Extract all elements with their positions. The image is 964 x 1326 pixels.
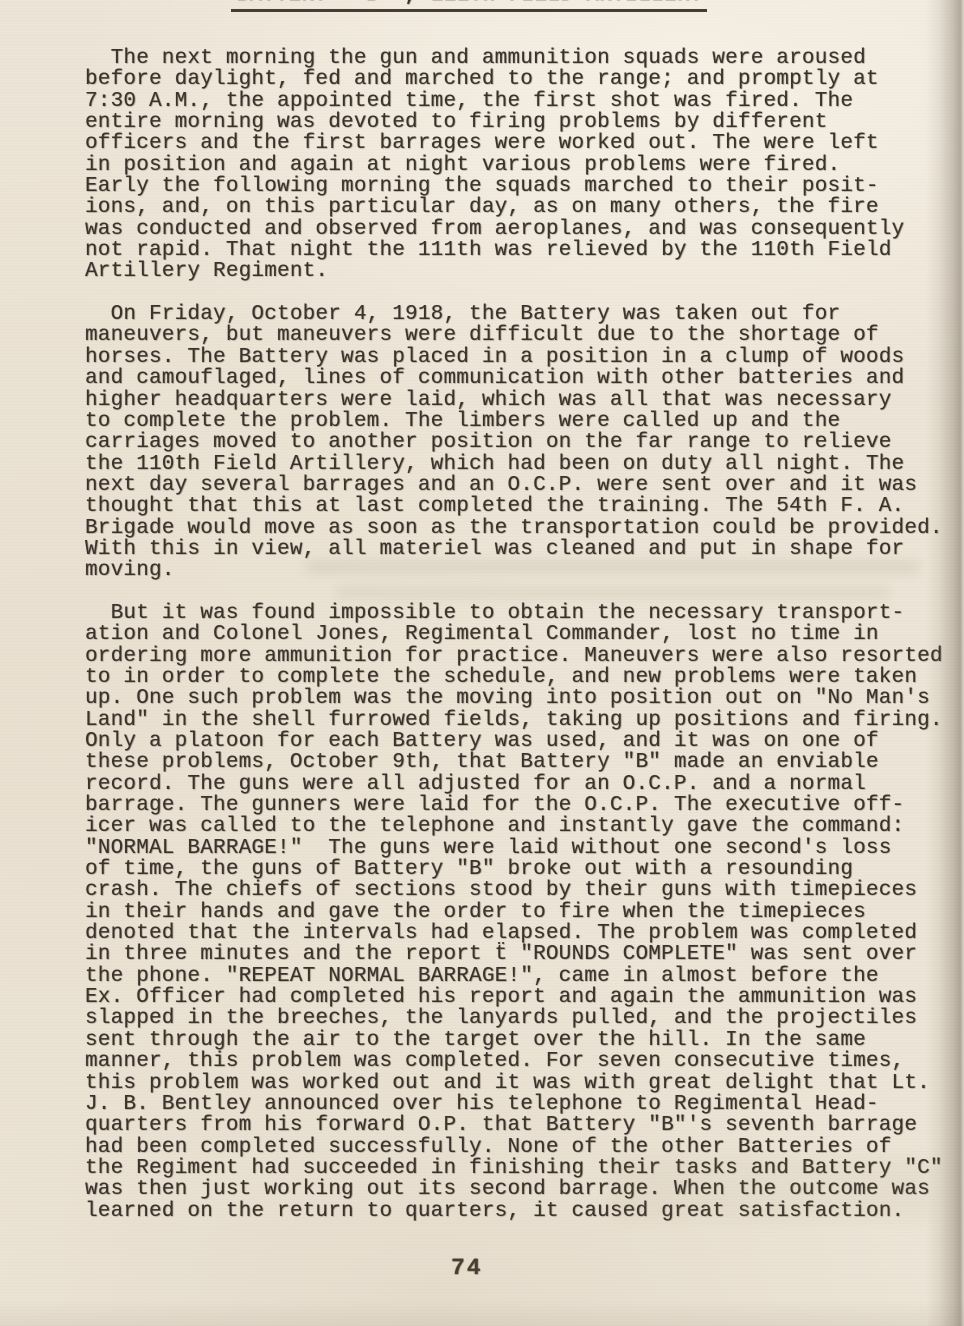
text-line: quarters from his forward O.P. that Batt… <box>85 1115 943 1136</box>
text-line: horses. The Battery was placed in a posi… <box>85 347 943 368</box>
scanned-document-page: BATTERY "B" , 111TH FIELD ARTILLERY The … <box>0 0 964 1326</box>
text-line: 7:30 A.M., the appointed time, the first… <box>85 91 943 112</box>
text-line: in three minutes and the report ẗ "ROUND… <box>85 944 943 965</box>
text-line: up. One such problem was the moving into… <box>85 688 943 709</box>
text-line: before daylight, fed and marched to the … <box>85 69 943 90</box>
text-line: to complete the problem. The limbers wer… <box>85 411 943 432</box>
text-line: Early the following morning the squads m… <box>85 176 943 197</box>
text-line: sent through the air to the target over … <box>85 1030 943 1051</box>
text-line: J. B. Bentley announced over his telepho… <box>85 1094 943 1115</box>
text-line: manner, this problem was completed. For … <box>85 1051 943 1072</box>
text-line: On Friday, October 4, 1918, the Battery … <box>85 304 943 325</box>
text-line: the Regiment had succeeded in finishing … <box>85 1158 943 1179</box>
text-line: was then just working out its second bar… <box>85 1179 943 1200</box>
text-line: and camouflaged, lines of communication … <box>85 368 943 389</box>
text-line: "NORMAL BARRAGE!" The guns were laid wit… <box>85 838 943 859</box>
text-line: of time, the guns of Battery "B" broke o… <box>85 859 943 880</box>
document-body: The next morning the gun and ammunition … <box>85 48 943 1243</box>
text-line: Land" in the shell furrowed fields, taki… <box>85 710 943 731</box>
text-line: barrage. The gunners were laid for the O… <box>85 795 943 816</box>
text-line: had been completed successfully. None of… <box>85 1137 943 1158</box>
text-line: denoted that the intervals had elapsed. … <box>85 923 943 944</box>
text-line: moving. <box>85 560 943 581</box>
text-line: slapped in the breeches, the lanyards pu… <box>85 1008 943 1029</box>
text-line: thought that this at last completed the … <box>85 496 943 517</box>
text-line: to in order to complete the schedule, an… <box>85 667 943 688</box>
text-line: ions, and, on this particular day, as on… <box>85 197 943 218</box>
page-number: 74 <box>451 1256 483 1280</box>
text-line: the 110th Field Artillery, which had bee… <box>85 454 943 475</box>
text-line: icer was called to the telephone and ins… <box>85 816 943 837</box>
text-line: ation and Colonel Jones, Regimental Comm… <box>85 624 943 645</box>
text-line: record. The guns were all adjusted for a… <box>85 774 943 795</box>
running-head-title: BATTERY "B" , 111TH FIELD ARTILLERY <box>231 0 707 12</box>
text-line: But it was found impossible to obtain th… <box>85 603 943 624</box>
text-line: this problem was worked out and it was w… <box>85 1073 943 1094</box>
text-line: Artillery Regiment. <box>85 261 943 282</box>
text-line: in position and again at night various p… <box>85 155 943 176</box>
paragraph: But it was found impossible to obtain th… <box>85 603 943 1222</box>
text-line: Ex. Officer had completed his report and… <box>85 987 943 1008</box>
text-line: entire morning was devoted to firing pro… <box>85 112 943 133</box>
text-line: the phone. "REPEAT NORMAL BARRAGE!", cam… <box>85 966 943 987</box>
scan-edge-shadow <box>0 1300 964 1326</box>
text-line: in their hands and gave the order to fir… <box>85 902 943 923</box>
paragraph: On Friday, October 4, 1918, the Battery … <box>85 304 943 581</box>
text-line: higher headquarters were laid, which was… <box>85 390 943 411</box>
text-line: officers and the first barrages were wor… <box>85 133 943 154</box>
text-line: Only a platoon for each Battery was used… <box>85 731 943 752</box>
text-line: Brigade would move as soon as the transp… <box>85 518 943 539</box>
text-line: was conducted and observed from aeroplan… <box>85 219 943 240</box>
text-line: ordering more ammunition for practice. M… <box>85 646 943 667</box>
text-line: not rapid. That night the 111th was reli… <box>85 240 943 261</box>
text-line: The next morning the gun and ammunition … <box>85 48 943 69</box>
text-line: carriages moved to another position on t… <box>85 432 943 453</box>
text-line: crash. The chiefs of sections stood by t… <box>85 880 943 901</box>
paragraph: The next morning the gun and ammunition … <box>85 48 943 283</box>
text-line: these problems, October 9th, that Batter… <box>85 752 943 773</box>
text-line: next day several barrages and an O.C.P. … <box>85 475 943 496</box>
text-line: With this in view, all materiel was clea… <box>85 539 943 560</box>
text-line: learned on the return to quarters, it ca… <box>85 1201 943 1222</box>
text-line: maneuvers, but maneuvers were difficult … <box>85 325 943 346</box>
